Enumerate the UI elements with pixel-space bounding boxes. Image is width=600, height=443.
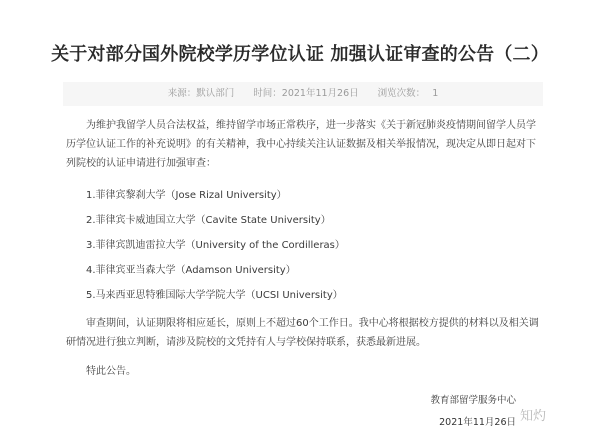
article-body: 为维护我留学人员合法权益，维持留学市场正常秩序，进一步落实《关于新冠肺炎疫情期间…	[66, 116, 540, 381]
list-item: 3.菲律宾凯迪雷拉大学（University of the Cordillera…	[66, 233, 540, 258]
meta-time: 时间：2021年11月26日	[253, 88, 358, 99]
list-item: 4.菲律宾亚当森大学（Adamson University）	[66, 258, 540, 283]
signature-org: 教育部留学服务中心	[430, 390, 516, 412]
signature-date: 2021年11月26日	[430, 412, 516, 434]
closing-paragraph: 特此公告。	[66, 362, 540, 381]
list-item: 5.马来西亚思特雅国际大学学院大学（UCSI University）	[66, 283, 540, 308]
signature: 教育部留学服务中心 2021年11月26日	[430, 390, 516, 434]
university-list: 1.菲律宾黎刹大学（Jose Rizal University） 2.菲律宾卡威…	[66, 183, 540, 308]
intro-paragraph: 为维护我留学人员合法权益，维持留学市场正常秩序，进一步落实《关于新冠肺炎疫情期间…	[66, 116, 540, 173]
meta-views: 浏览次数： 1	[378, 88, 439, 99]
list-item: 1.菲律宾黎刹大学（Jose Rizal University）	[66, 183, 540, 208]
list-item: 2.菲律宾卡威迪国立大学（Cavite State University）	[66, 208, 540, 233]
review-paragraph: 审查期间，认证期限将相应延长，原则上不超过60个工作日。我中心将根据校方提供的材…	[66, 314, 540, 352]
meta-bar: 来源：默认部门 时间：2021年11月26日 浏览次数： 1	[63, 82, 543, 106]
meta-source: 来源：默认部门	[168, 88, 235, 99]
meta-views-label: 浏览次数：	[378, 88, 426, 99]
watermark: 知灼	[520, 405, 546, 424]
page-title: 关于对部分国外院校学历学位认证 加强认证审查的公告（二）	[0, 40, 600, 66]
meta-views-count: 1	[432, 88, 438, 99]
